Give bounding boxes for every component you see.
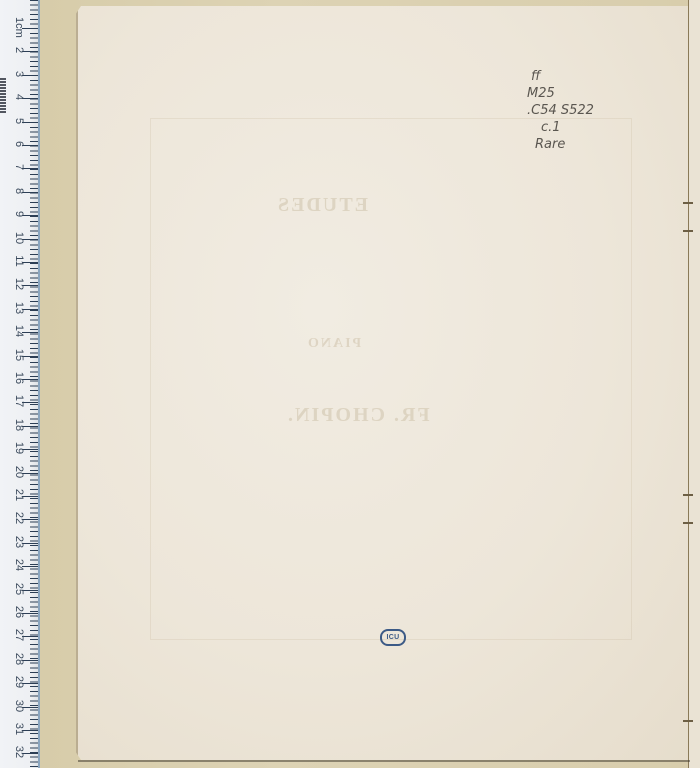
- page-left-edge: [76, 6, 78, 760]
- ruler-cm-label: 25: [13, 579, 25, 599]
- bleed-through-frame: [150, 118, 632, 640]
- ruler-cm-label: 27: [13, 625, 25, 645]
- bleed-through-title: ETUDES: [276, 194, 368, 217]
- binding-stitch-icon: [683, 494, 693, 496]
- call-number-line-1: ff: [527, 68, 594, 85]
- ruler-cm-label: 28: [13, 649, 25, 669]
- ruler-cm-label: 32: [13, 742, 25, 762]
- ruler-cm-label: 9: [13, 204, 25, 224]
- ruler-cm-label: 12: [13, 274, 25, 294]
- ruler-brand-mark: [0, 78, 6, 114]
- document-page: ETUDES PIANO FR. CHOPIN.: [76, 6, 688, 760]
- page-bottom-shadow: [78, 760, 690, 762]
- ruler-cm-label: 2: [13, 40, 25, 60]
- ruler-cm-label: 8: [13, 181, 25, 201]
- binding-stitch-icon: [683, 230, 693, 232]
- call-number-line-4: c.1: [527, 119, 594, 136]
- ruler-cm-label: 21: [13, 485, 25, 505]
- ruler-cm-label: 26: [13, 602, 25, 622]
- binding-stitch-icon: [683, 720, 693, 722]
- call-number-line-3: .C54 S522: [527, 102, 594, 119]
- binding-spine: [688, 0, 700, 768]
- bleed-through-composer: FR. CHOPIN.: [286, 404, 430, 427]
- ruler-cm-label: 30: [13, 696, 25, 716]
- ruler-cm-label: 14: [13, 321, 25, 341]
- ruler-cm-label: 5: [13, 111, 25, 131]
- binding-stitch-icon: [683, 202, 693, 204]
- ruler-cm-label: 29: [13, 672, 25, 692]
- ruler-cm-label: 13: [13, 298, 25, 318]
- ruler-cm-label: 15: [13, 345, 25, 365]
- ruler-cm-label: 10: [13, 228, 25, 248]
- ruler-cm-label: 11: [13, 251, 25, 271]
- library-stamp: ICU: [380, 629, 406, 646]
- ruler-cm-label: 18: [13, 415, 25, 435]
- call-number-line-2: M25: [527, 85, 594, 102]
- ruler-cm-label: 20: [13, 462, 25, 482]
- binding-stitch-icon: [683, 522, 693, 524]
- ruler-cm-label: 17: [13, 391, 25, 411]
- call-number-line-5: Rare: [527, 136, 594, 153]
- ruler-cm-label: 19: [13, 438, 25, 458]
- handwritten-call-number: ff M25 .C54 S522 c.1 Rare: [527, 68, 594, 153]
- ruler-cm-label: 4: [13, 87, 25, 107]
- ruler-cm-label: 24: [13, 555, 25, 575]
- ruler-cm-label: 1cm: [13, 17, 25, 37]
- ruler-cm-label: 6: [13, 134, 25, 154]
- ruler-cm-label: 22: [13, 508, 25, 528]
- ruler-cm-label: 31: [13, 719, 25, 739]
- ruler-cm-label: 23: [13, 532, 25, 552]
- measurement-ruler: 1cm2345678910111213141516171819202122232…: [0, 0, 40, 768]
- ruler-cm-label: 7: [13, 157, 25, 177]
- ruler-cm-label: 16: [13, 368, 25, 388]
- bleed-through-instrument: PIANO: [306, 336, 361, 352]
- ruler-cm-label: 3: [13, 64, 25, 84]
- ruler-mm-ticks: [24, 0, 38, 768]
